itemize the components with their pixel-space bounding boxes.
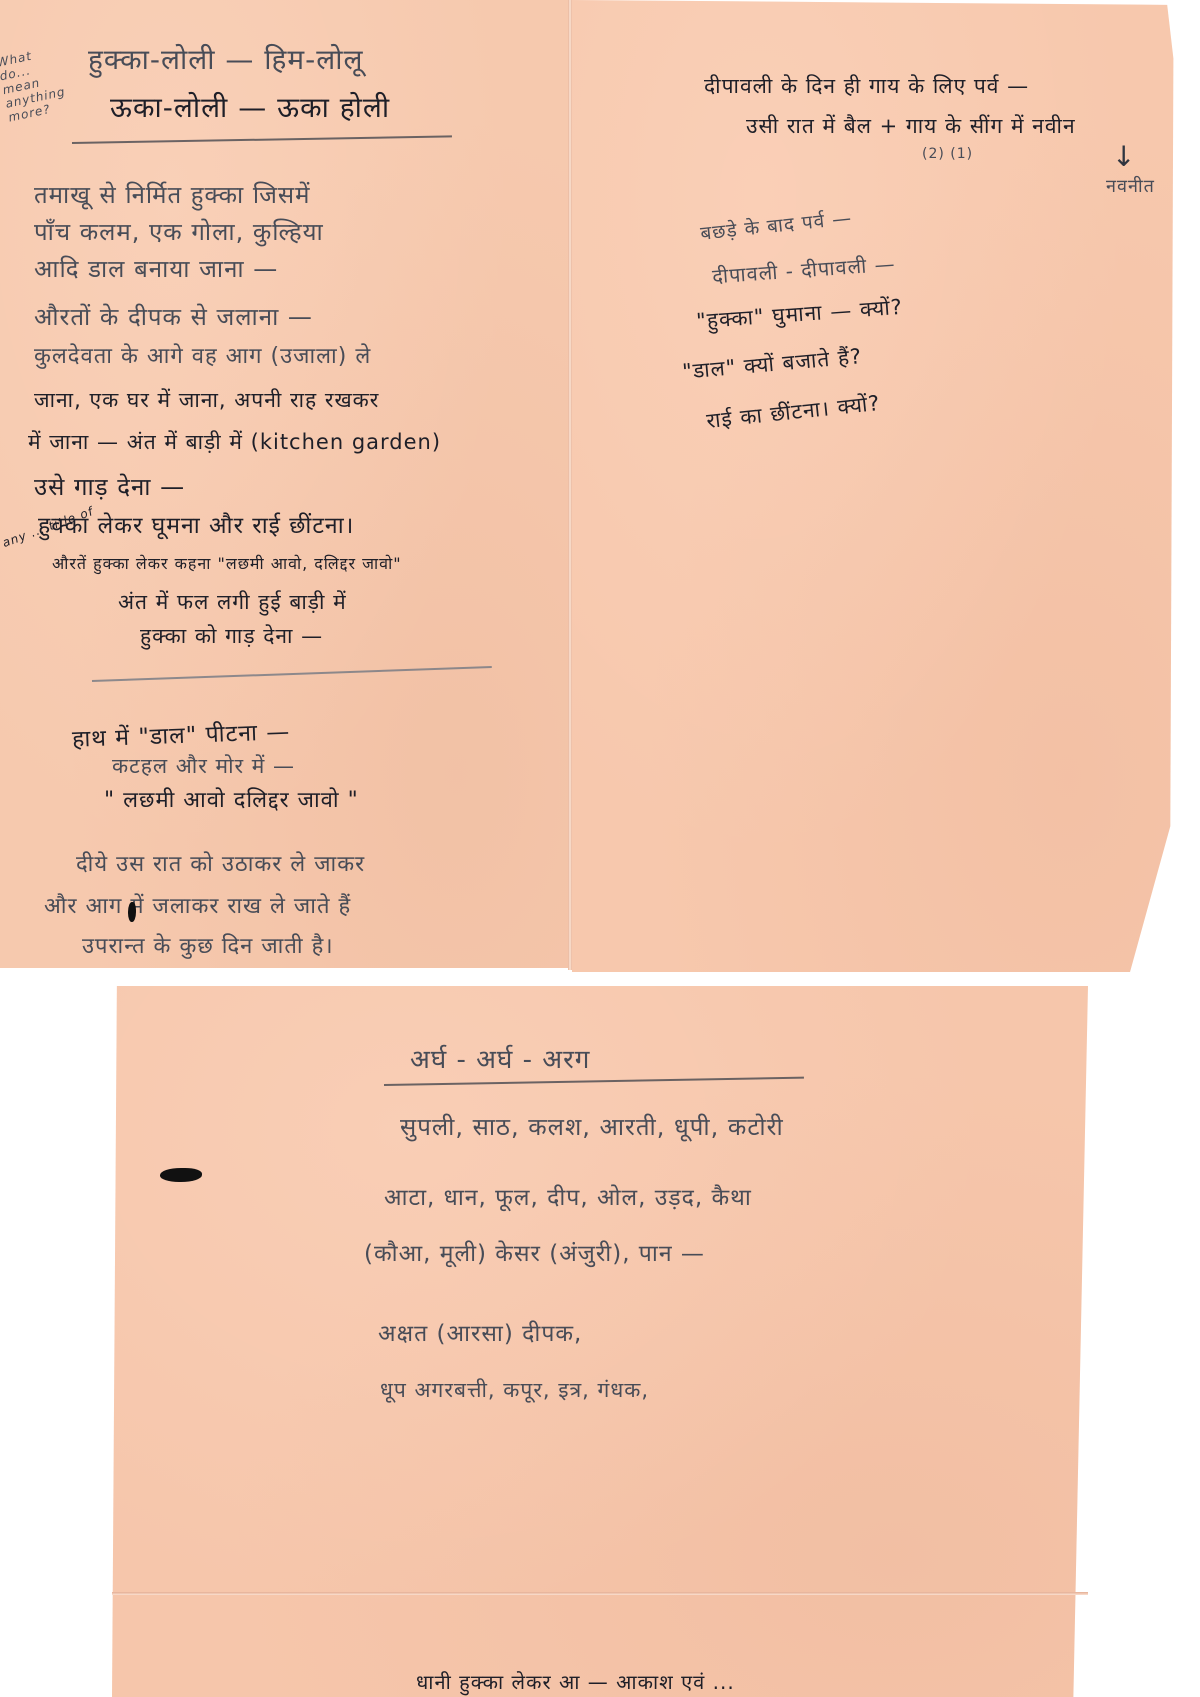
body-line: दीये उस रात को उठाकर ले जाकर (76, 848, 365, 878)
body-line: तमाखू से निर्मित हुक्का जिसमें (34, 178, 310, 211)
margin-note: What do... mean anything more? (0, 41, 79, 124)
body-line: उसे गाड़ देना — (34, 470, 185, 503)
body-line: और आग में जलाकर राख ले जाते हैं (44, 890, 351, 920)
bottom-line: सुपली, साठ, कलश, आरती, धूपी, कटोरी (400, 1110, 784, 1143)
right-line: नवनीत (1106, 174, 1155, 198)
bottom-line: अक्षत (आरसा) दीपक, (378, 1316, 582, 1348)
body-line: औरतें हुक्का लेकर कहना "लछमी आवो, दलिद्द… (52, 552, 402, 574)
heading-line-2: ऊका-लोली — ऊका होली (110, 88, 390, 126)
body-line: " लछमी आवो दलिद्दर जावो " (104, 784, 359, 814)
bottom-sheet (112, 986, 1088, 1697)
heading-line-1: हुक्का-लोली — हिम-लोलू (88, 40, 363, 78)
bottom-line: (कौआ, मूली) केसर (अंजुरी), पान — (364, 1236, 705, 1268)
bottom-heading: अर्घ - अर्घ - अरग (410, 1040, 590, 1076)
body-line: हुक्का को गाड़ देना — (140, 622, 323, 650)
body-line: अंत में फल लगी हुई बाड़ी में (118, 588, 347, 616)
bottom-line: आटा, धान, फूल, दीप, ओल, उड़द, कैथा (384, 1180, 752, 1212)
body-line: कटहल और मोर में — (112, 752, 295, 780)
bottom-line: धूप अगरबत्ती, कपूर, इत्र, गंधक, (380, 1376, 649, 1404)
ink-blot (160, 1168, 202, 1182)
center-fold (568, 0, 572, 970)
body-line: कुलदेवता के आगे वह आग (उजाला) ले (34, 340, 371, 370)
body-line: में जाना — अंत में बाड़ी में (kitchen ga… (28, 428, 441, 456)
body-line: आदि डाल बनाया जाना — (34, 252, 278, 285)
body-line: उपरान्त के कुछ दिन जाती है। (82, 930, 334, 960)
body-line: पाँच कलम, एक गोला, कुल्हिया (34, 215, 324, 248)
body-line: औरतों के दीपक से जलाना — (34, 300, 313, 333)
body-line: जाना, एक घर में जाना, अपनी राह रखकर (34, 386, 379, 414)
right-line: दीपावली के दिन ही गाय के लिए पर्व — (704, 72, 1029, 100)
bottom-fold (112, 1592, 1088, 1595)
bottom-footer-line: धानी हुक्का लेकर आ — आकाश एवं ... (416, 1668, 735, 1695)
right-sheet (572, 0, 1192, 972)
arrow-down-icon: ↓ (1112, 140, 1135, 173)
right-line: उसी रात में बैल + गाय के सींग में नवीन (746, 112, 1076, 140)
circled-numbers: (2) (1) (922, 146, 973, 162)
ink-blot (128, 902, 136, 922)
